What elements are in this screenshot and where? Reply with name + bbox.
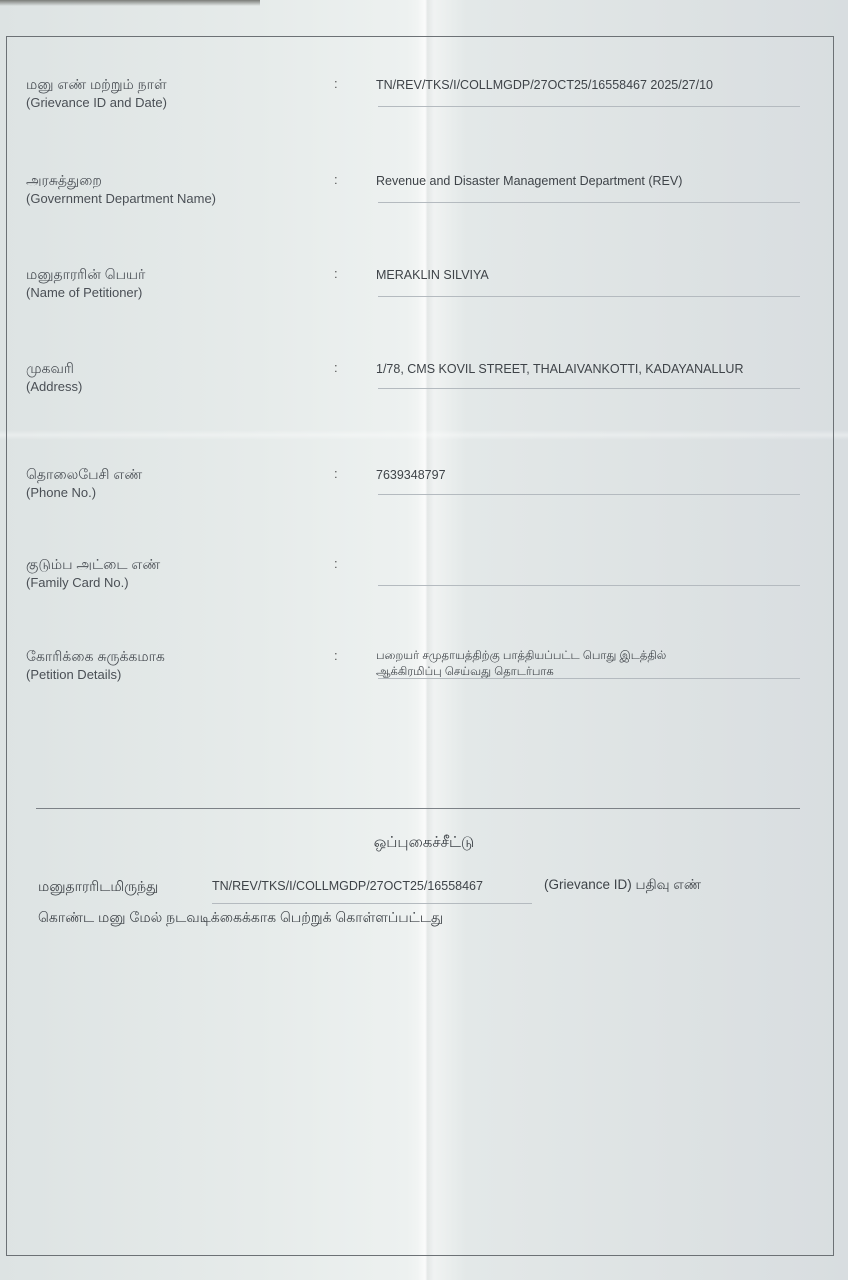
field-label-ta: கோரிக்கை சுருக்கமாக [26,648,165,667]
section-divider [36,808,800,809]
receipt-suffix: (Grievance ID) பதிவு எண் [544,877,701,895]
address-value: 1/78, CMS KOVIL STREET, THALAIVANKOTTI, … [376,362,743,376]
photo-shadow [0,0,260,6]
field-label-ta: தொலைபேசி எண் [26,466,142,485]
field-colon: : [334,172,338,187]
petition-details-line-1: பறையர் சமுதாயத்திற்கு பாத்தியப்பட்ட பொது… [376,648,666,664]
field-label-en: (Family Card No.) [26,575,129,590]
field-department: அரசுத்துறை (Government Department Name) … [0,172,848,232]
grievance-id-date-value: TN/REV/TKS/I/COLLMGDP/27OCT25/16558467 2… [376,78,713,92]
field-family-card: குடும்ப அட்டை எண் (Family Card No.) : [0,556,848,616]
field-grievance-id-date: மனு எண் மற்றும் நாள் (Grievance ID and D… [0,76,848,136]
field-label-ta: மனுதாரரின் பெயர் [26,266,145,285]
receipt-title: ஒப்புகைச்சீட்டு [0,834,848,853]
field-colon: : [334,76,338,91]
field-petitioner-name: மனுதாரரின் பெயர் (Name of Petitioner) : … [0,266,848,326]
field-underline [378,494,800,495]
field-underline [378,296,800,297]
receipt-prefix: மனுதாரரிடமிருந்து [38,878,158,897]
field-petition-details: கோரிக்கை சுருக்கமாக (Petition Details) :… [0,648,848,708]
field-label-ta: குடும்ப அட்டை எண் [26,556,160,575]
field-underline [378,106,800,107]
field-colon: : [334,266,338,281]
field-colon: : [334,360,338,375]
field-colon: : [334,466,338,481]
field-label-ta: அரசுத்துறை [26,172,102,191]
department-value: Revenue and Disaster Management Departme… [376,174,682,188]
field-colon: : [334,556,338,571]
receipt-grievance-id: TN/REV/TKS/I/COLLMGDP/27OCT25/16558467 [212,879,483,893]
field-underline [378,388,800,389]
receipt-statement: கொண்ட மனு மேல் நடவடிக்கைக்காக பெற்றுக் க… [38,909,443,928]
petitioner-name-value: MERAKLIN SILVIYA [376,268,489,282]
field-label-en: (Grievance ID and Date) [26,95,167,110]
receipt-id-underline [212,903,532,904]
petition-details-value: பறையர் சமுதாயத்திற்கு பாத்தியப்பட்ட பொது… [376,648,666,680]
field-label-en: (Name of Petitioner) [26,285,142,300]
field-address: முகவரி (Address) : 1/78, CMS KOVIL STREE… [0,360,848,420]
field-underline [378,202,800,203]
field-label-en: (Phone No.) [26,485,96,500]
field-label-ta: முகவரி [26,360,74,379]
field-underline [378,678,800,679]
field-phone: தொலைபேசி எண் (Phone No.) : 7639348797 [0,466,848,526]
field-label-en: (Petition Details) [26,667,121,682]
phone-value: 7639348797 [376,468,446,482]
field-label-en: (Address) [26,379,82,394]
field-label-ta: மனு எண் மற்றும் நாள் [26,76,167,95]
field-underline [378,585,800,586]
field-label-en: (Government Department Name) [26,191,216,206]
field-colon: : [334,648,338,663]
